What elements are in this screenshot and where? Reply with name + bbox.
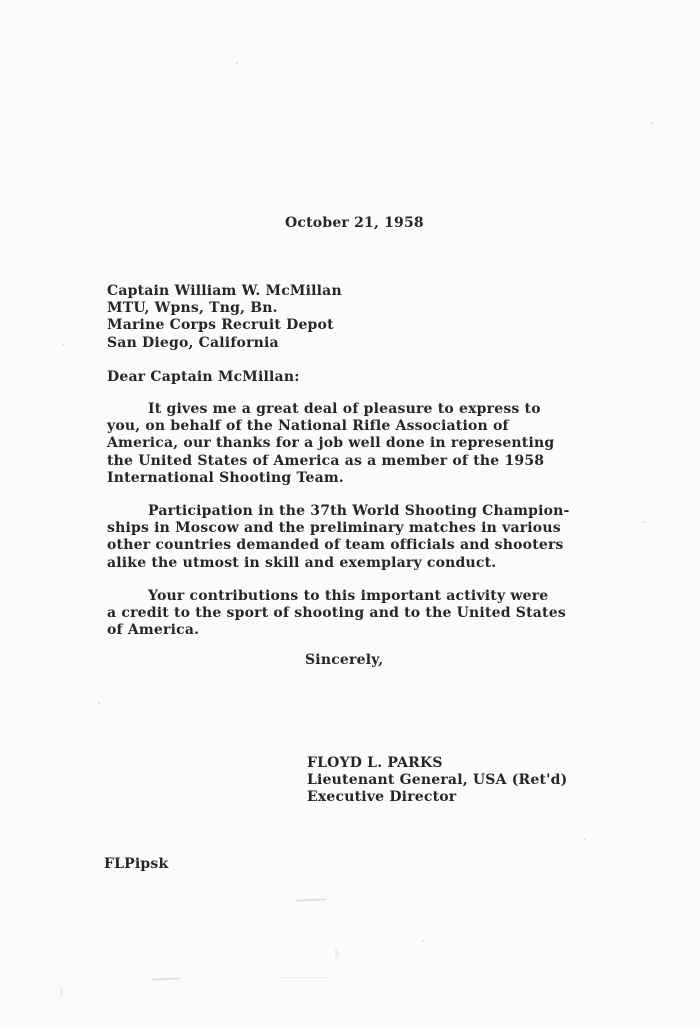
scan-speck: [422, 940, 424, 942]
body-paragraph-1: It gives me a great deal of pleasure to …: [107, 401, 554, 487]
body-paragraph-3: Your contributions to this important act…: [107, 588, 566, 640]
scan-smudge: [152, 978, 180, 981]
paragraph-line: Your contributions to this important act…: [107, 588, 566, 605]
scan-speck: [651, 122, 653, 124]
salutation: Dear Captain McMillan:: [107, 369, 300, 386]
scan-smudge: [60, 988, 63, 997]
paragraph-line: America, our thanks for a job well done …: [107, 435, 554, 452]
scan-speck: [62, 344, 64, 346]
body-paragraph-2: Participation in the 37th World Shooting…: [107, 503, 570, 572]
scan-smudge: [335, 948, 338, 958]
typist-initials: FLPipsk: [104, 856, 168, 873]
scan-speck: [584, 838, 586, 840]
paragraph-line: the United States of America as a member…: [107, 453, 554, 470]
paragraph-line: you, on behalf of the National Rifle Ass…: [107, 418, 554, 435]
signer-rank: Lieutenant General, USA (Ret'd): [307, 772, 567, 789]
recipient-address-block: Captain William W. McMillan MTU, Wpns, T…: [107, 283, 342, 352]
recipient-depot: Marine Corps Recruit Depot: [107, 317, 342, 334]
scan-smudge: [296, 898, 326, 902]
signature-block: FLOYD L. PARKS Lieutenant General, USA (…: [307, 755, 567, 807]
letter-date: October 21, 1958: [285, 215, 424, 232]
signer-role: Executive Director: [307, 789, 567, 806]
paragraph-line: It gives me a great deal of pleasure to …: [107, 401, 554, 418]
scan-speck: [236, 62, 238, 64]
paragraph-line: alike the utmost in skill and exemplary …: [107, 555, 570, 572]
recipient-city: San Diego, California: [107, 335, 342, 352]
paragraph-line: other countries demanded of team officia…: [107, 537, 570, 554]
signer-name: FLOYD L. PARKS: [307, 755, 567, 772]
paragraph-line: ships in Moscow and the preliminary matc…: [107, 520, 570, 537]
paragraph-line: Participation in the 37th World Shooting…: [107, 503, 570, 520]
recipient-name: Captain William W. McMillan: [107, 283, 342, 300]
paragraph-line: International Shooting Team.: [107, 470, 554, 487]
closing-sincerely: Sincerely,: [305, 652, 383, 669]
scan-speck: [98, 702, 100, 704]
scan-speck: [643, 521, 645, 523]
paragraph-line: a credit to the sport of shooting and to…: [107, 605, 566, 622]
scan-smudge: [280, 977, 328, 978]
paragraph-line: of America.: [107, 622, 566, 639]
recipient-unit: MTU, Wpns, Tng, Bn.: [107, 300, 342, 317]
letter-page: October 21, 1958 Captain William W. McMi…: [0, 0, 700, 1027]
